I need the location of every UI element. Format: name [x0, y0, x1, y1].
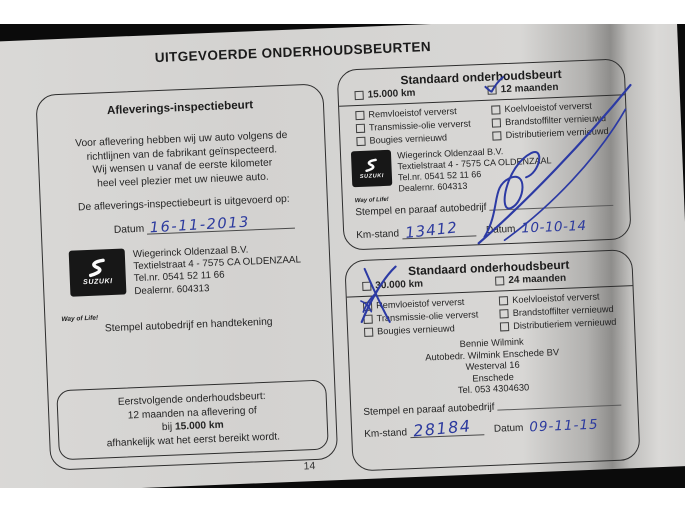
- signature-line: [497, 394, 621, 410]
- service-box-2: Standaard onderhoudsbeurt 30.000 km: [344, 249, 640, 471]
- dealer-address: Wiegerinck Oldenzaal B.V. Textielstraat …: [397, 143, 553, 194]
- performed-label: De afleverings-inspectiebeurt is uitgevo…: [51, 192, 317, 214]
- checkbox-square: [495, 276, 504, 285]
- suzuki-logo-icon: SUZUKI: [351, 150, 392, 188]
- checklist-item: Bougies vernieuwd: [364, 321, 501, 336]
- handwritten-km: 13412: [404, 218, 458, 242]
- datum-line: 09-11-15: [526, 415, 622, 433]
- checklist-item: Distributieriem vernieuwd: [492, 125, 622, 140]
- checklist-item: Bougies vernieuwd: [356, 131, 493, 146]
- service-box-1: Standaard onderhoudsbeurt 15.000 km 12 m…: [337, 58, 632, 250]
- delivery-inspection-box: Afleverings-inspectiebeurt Voor afleveri…: [35, 83, 338, 470]
- suzuki-s-mark-icon: [363, 158, 380, 173]
- suzuki-wordmark: SUZUKI: [360, 173, 384, 180]
- booklet-page: UITGEVOERDE ONDERHOUDSBEURTEN Aflevering…: [0, 24, 685, 488]
- delivery-box-title: Afleverings-inspectiebeurt: [47, 96, 313, 120]
- checkbox-square: [488, 85, 497, 94]
- handwritten-km: 28184: [412, 416, 472, 440]
- suzuki-logo-icon: SUZUKI: [69, 248, 127, 296]
- service2-km-datum-row: Km-stand 28184 Datum 09-11-15: [364, 414, 626, 440]
- handwritten-date: 10-10-14: [521, 218, 587, 237]
- datum-line: 10-10-14: [518, 217, 614, 235]
- handwritten-date: 09-11-15: [529, 416, 599, 435]
- service1-km-datum-row: Km-stand 13412 Datum 10-10-14: [356, 216, 618, 242]
- columns: Afleverings-inspectiebeurt Voor afleveri…: [35, 58, 641, 483]
- datum-label: Datum: [114, 223, 145, 235]
- right-column: Standaard onderhoudsbeurt 15.000 km 12 m…: [337, 58, 641, 471]
- suzuki-wordmark: SUZUKI: [83, 278, 113, 286]
- suzuki-s-mark-icon: [86, 258, 109, 278]
- dealer-stamp: SUZUKI Wiegerinck Oldenzaal B.V. Textiel…: [69, 240, 321, 300]
- service2-dealer-address: Bennie Wilmink Autobedr. Wilmink Ensched…: [349, 332, 637, 401]
- delivery-datum-row: Datum 16-11-2013: [113, 212, 317, 235]
- next-service-box: Eerstvolgende onderhoudsbeurt: 12 maande…: [56, 380, 329, 461]
- checkbox-square: [354, 91, 363, 100]
- delivery-intro: Voor aflevering hebben wij uw auto volge…: [48, 128, 316, 193]
- datum-line: 16-11-2013: [147, 213, 295, 234]
- handwritten-date: 16-11-2013: [150, 214, 251, 236]
- km-line: 28184: [410, 420, 485, 438]
- km-line: 13412: [402, 221, 477, 239]
- dealer-address: Wiegerinck Oldenzaal B.V. Textielstraat …: [133, 241, 303, 298]
- checkbox-square: [362, 282, 371, 291]
- photo-area: UITGEVOERDE ONDERHOUDSBEURTEN Aflevering…: [0, 24, 685, 488]
- checklist-item: Distributieriem vernieuwd: [500, 316, 630, 331]
